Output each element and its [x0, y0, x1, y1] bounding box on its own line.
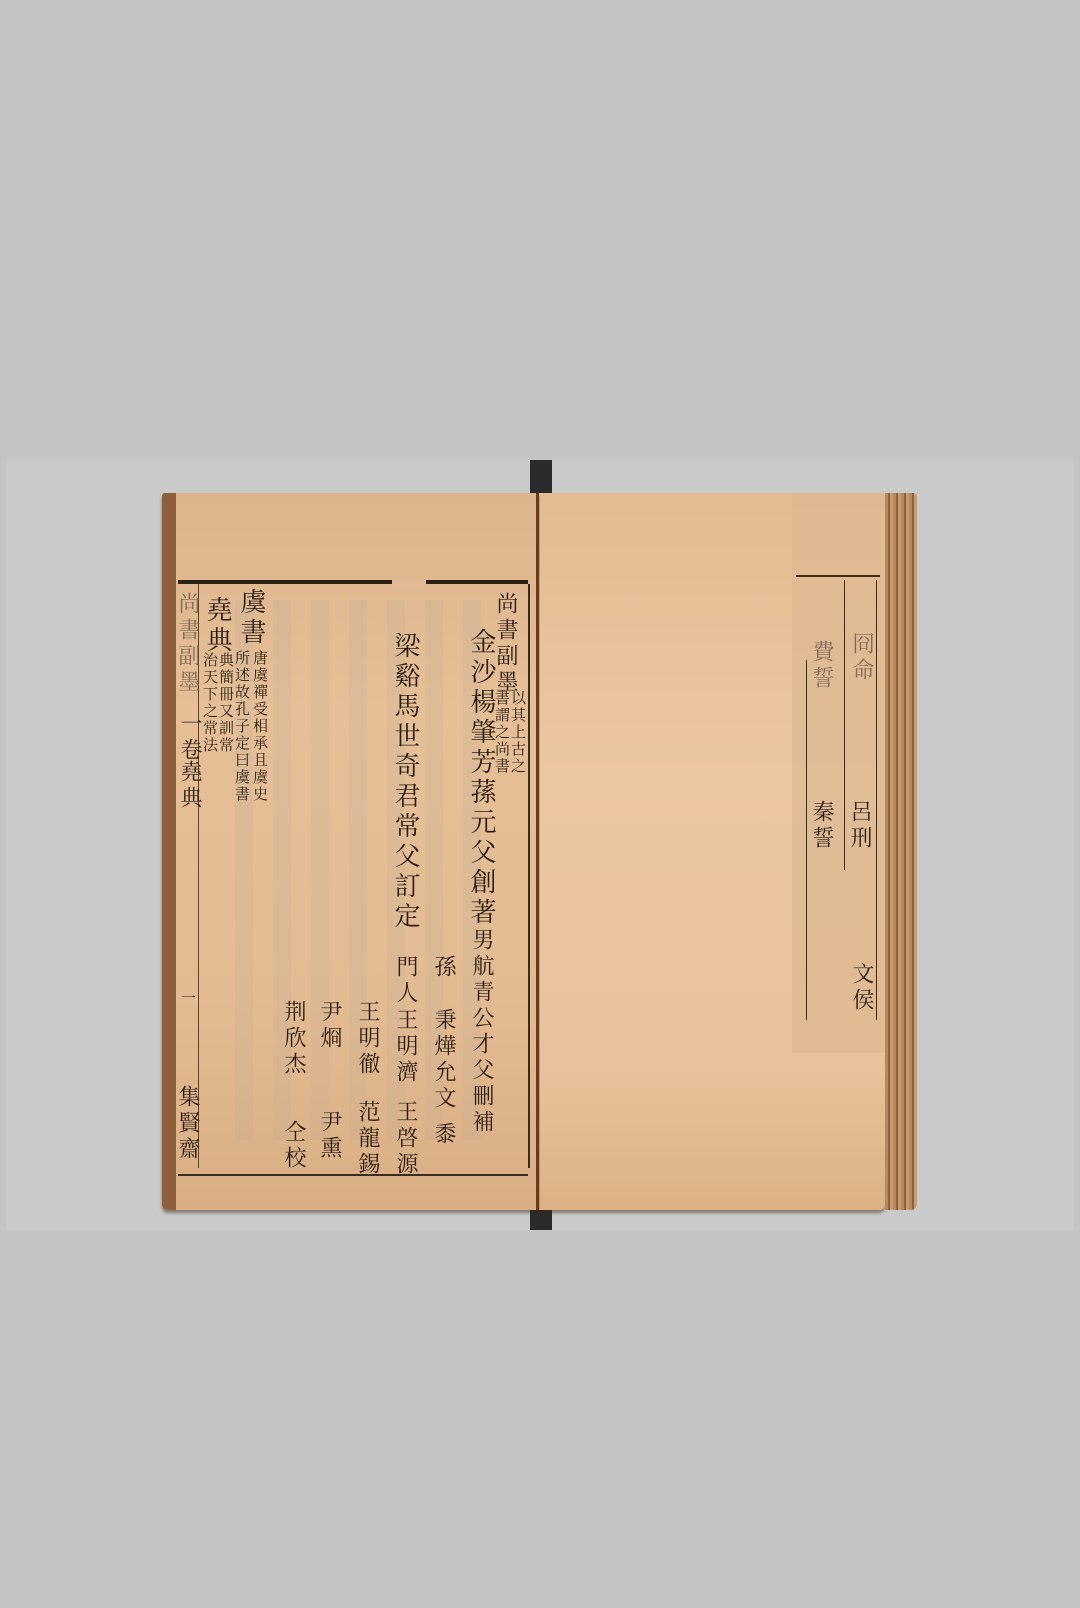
fragment-col-4-top: 秦誓: [810, 800, 832, 852]
disciple-6: 尹熏: [318, 1110, 340, 1162]
grandson-suffix: 黍: [432, 1122, 454, 1148]
disciple-7: 荆欣杰: [282, 1000, 304, 1078]
frame-gap: [392, 578, 426, 586]
margin-studio-name: 集賢齋: [176, 1085, 198, 1163]
disciple-4: 范龍錫: [356, 1100, 378, 1178]
chapter-note-b: 治天下之常法: [202, 652, 217, 754]
author-line: 金沙楊肇芳蓀元父創著: [468, 628, 494, 928]
disciple-2: 王啓源: [394, 1100, 416, 1178]
section-note-b: 所述故孔子定曰虞書: [234, 650, 249, 803]
frame-right-rule: [528, 584, 530, 1168]
book-title: 尚書副墨: [494, 592, 516, 696]
fragment-rule-2: [806, 660, 807, 1020]
margin-chapter: 堯典: [178, 760, 200, 812]
editor-line: 梁谿馬世奇君常父訂定: [392, 632, 418, 932]
fragment-col-1-top: 冏命: [850, 632, 872, 684]
grandson-name: 秉燁允文: [432, 1008, 454, 1112]
margin-page-number: 一: [180, 990, 195, 1007]
fragment-col-2-top: 費誓: [810, 640, 832, 692]
fragment-top-rule: [796, 575, 880, 577]
disciples-label: 門人: [394, 955, 416, 1007]
disciple-3: 王明徹: [356, 1000, 378, 1078]
chapter-title: 堯典: [204, 596, 230, 656]
title-note-1: 以其上古之: [510, 690, 525, 775]
title-note-2: 書謂之尚書: [494, 690, 509, 775]
son-line: 男航青公才父刪補: [470, 928, 492, 1136]
collate-note: 仝校: [282, 1120, 304, 1172]
grandson-label: 孫: [432, 955, 454, 981]
section-heading: 虞書: [238, 588, 264, 648]
chapter-note-a: 典簡冊又訓常: [218, 652, 233, 754]
disciple-1: 王明濟: [394, 1008, 416, 1086]
gutter: [536, 493, 539, 1210]
fragment-rule-3: [876, 580, 877, 1020]
fore-edge: [885, 493, 917, 1210]
section-note-a: 唐虞禪受相承且虞史: [252, 650, 267, 803]
fragment-col-1-bottom: 文侯: [850, 962, 872, 1014]
fragment-rule-1: [844, 580, 845, 870]
fragment-col-3-top: 呂刑: [848, 800, 870, 852]
margin-volume: 一卷: [178, 712, 200, 764]
disciple-5: 尹烱: [318, 1000, 340, 1052]
margin-book-title: 尚書副墨: [176, 592, 198, 696]
